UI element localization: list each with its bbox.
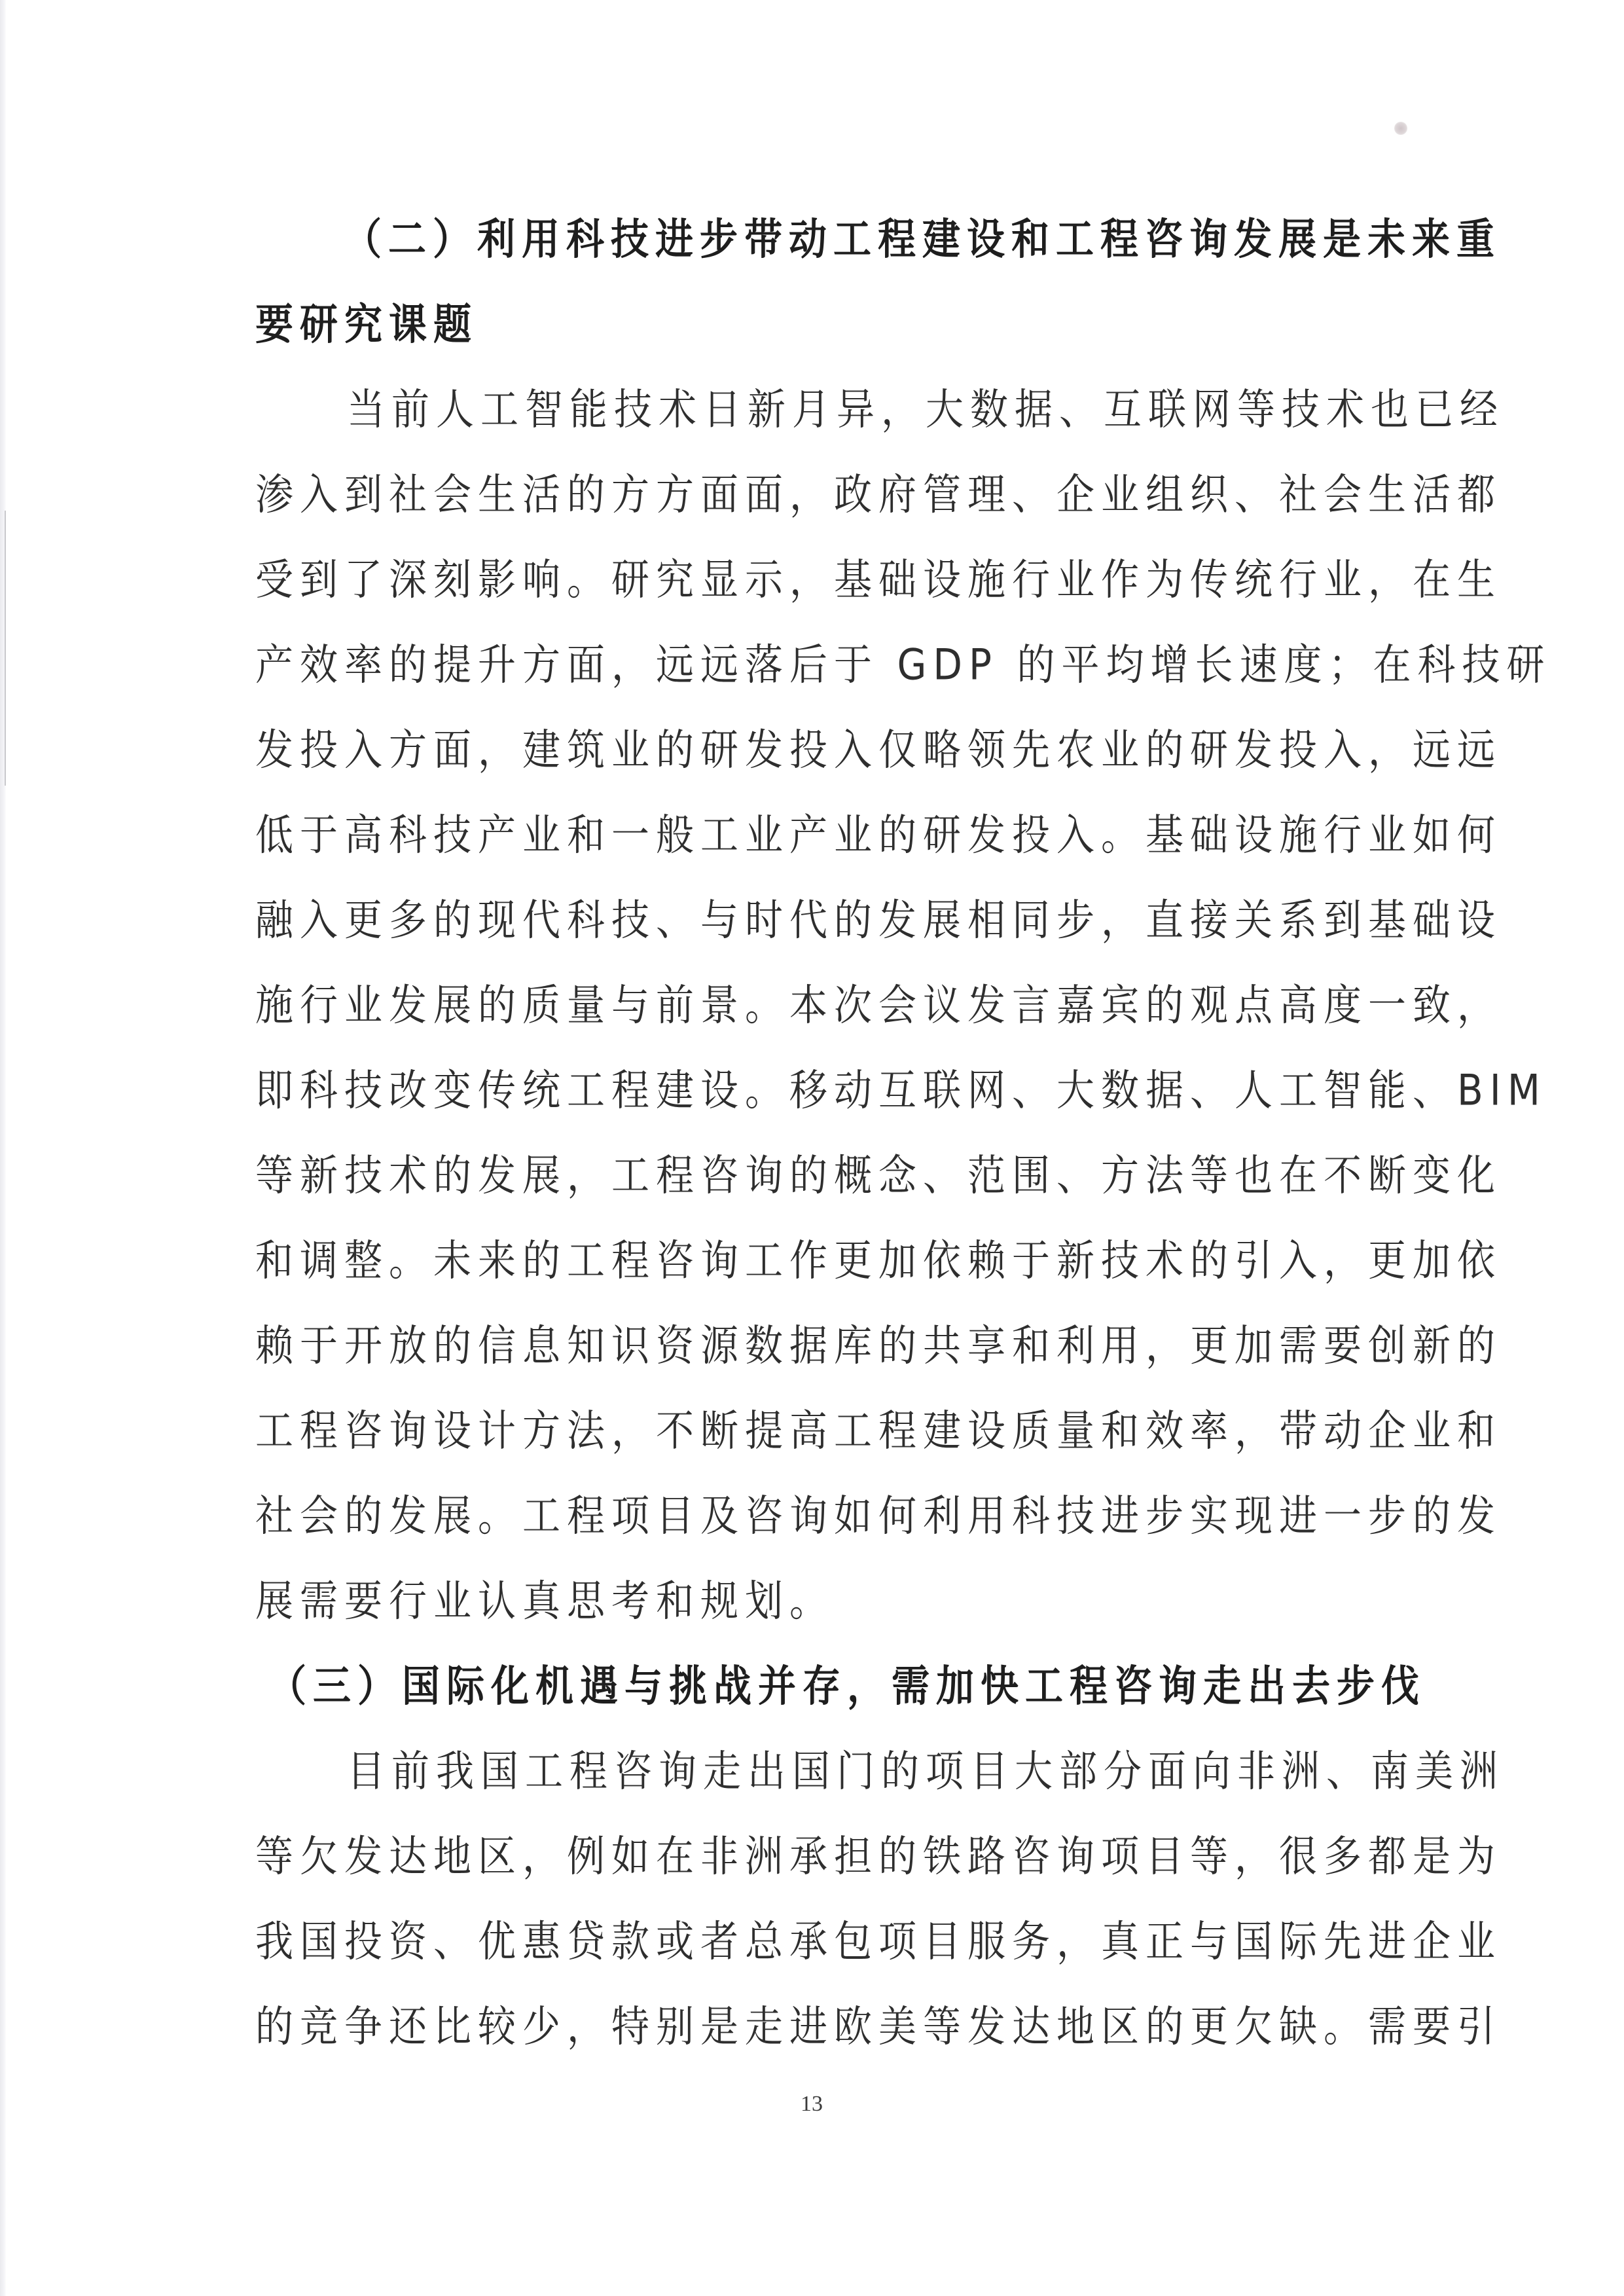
paragraph-line: 工程咨询设计方法，不断提高工程建设质量和效率，带动企业和 (255, 1383, 1381, 1478)
section-2: （二）利用科技进步带动工程建设和工程咨询发展是未来重 要研究课题 当前人工智能技… (255, 196, 1381, 1643)
section-2-heading-line-2: 要研究课题 (255, 276, 1381, 372)
paragraph-line: 社会的发展。工程项目及咨询如何利用科技进步实现进一步的发 (255, 1468, 1381, 1563)
paragraph-line: 即科技改变传统工程建设。移动互联网、大数据、人工智能、BIM (255, 1042, 1381, 1138)
paragraph-line: 的竞争还比较少，特别是走进欧美等发达地区的更欠缺。需要引 (255, 1978, 1381, 2074)
paragraph-line: 目前我国工程咨询走出国门的项目大部分面向非洲、南美洲 (255, 1723, 1381, 1819)
paragraph-line: 等新技术的发展，工程咨询的概念、范围、方法等也在不断变化 (255, 1127, 1381, 1223)
paragraph-line: 当前人工智能技术日新月异，大数据、互联网等技术也已经 (255, 361, 1381, 457)
paragraph-line: 产效率的提升方面，远远落后于 GDP 的平均增长速度；在科技研 (255, 617, 1381, 712)
paragraph-line: 赖于开放的信息知识资源数据库的共享和利用，更加需要创新的 (255, 1298, 1381, 1393)
paragraph-line: 和调整。未来的工程咨询工作更加依赖于新技术的引入，更加依 (255, 1212, 1381, 1308)
paragraph-line: 受到了深刻影响。研究显示，基础设施行业作为传统行业，在生 (255, 532, 1381, 627)
section-3: （三）国际化机遇与挑战并存，需加快工程咨询走出去步伐 目前我国工程咨询走出国门的… (255, 1643, 1381, 2069)
paragraph-line: 低于高科技产业和一般工业产业的研发投入。基础设施行业如何 (255, 787, 1381, 883)
paragraph-line: 展需要行业认真思考和规划。 (255, 1553, 1381, 1649)
section-2-heading-line-1: （二）利用科技进步带动工程建设和工程咨询发展是未来重 (255, 191, 1381, 287)
document-page: （二）利用科技进步带动工程建设和工程咨询发展是未来重 要研究课题 当前人工智能技… (255, 196, 1381, 2069)
paragraph-line: 发投入方面，建筑业的研发投入仅略领先农业的研发投入，远远 (255, 702, 1381, 797)
scan-edge-shadow (0, 0, 7, 2296)
page-number: 13 (785, 2092, 838, 2117)
scan-speck (1394, 122, 1407, 135)
section-3-heading-line-1: （三）国际化机遇与挑战并存，需加快工程咨询走出去步伐 (255, 1638, 1381, 1734)
section-3-paragraph: 目前我国工程咨询走出国门的项目大部分面向非洲、南美洲 等欠发达地区，例如在非洲承… (255, 1728, 1381, 2069)
paragraph-line: 融入更多的现代科技、与时代的发展相同步，直接关系到基础设 (255, 872, 1381, 968)
paragraph-line: 等欠发达地区，例如在非洲承担的铁路咨询项目等，很多都是为 (255, 1808, 1381, 1904)
scan-binding-mark (5, 511, 6, 786)
paragraph-line: 施行业发展的质量与前景。本次会议发言嘉宾的观点高度一致， (255, 957, 1381, 1053)
paragraph-line: 我国投资、优惠贷款或者总承包项目服务，真正与国际先进企业 (255, 1893, 1381, 1989)
paragraph-line: 渗入到社会生活的方方面面，政府管理、企业组织、社会生活都 (255, 446, 1381, 542)
section-2-paragraph: 当前人工智能技术日新月异，大数据、互联网等技术也已经 渗入到社会生活的方方面面，… (255, 367, 1381, 1643)
